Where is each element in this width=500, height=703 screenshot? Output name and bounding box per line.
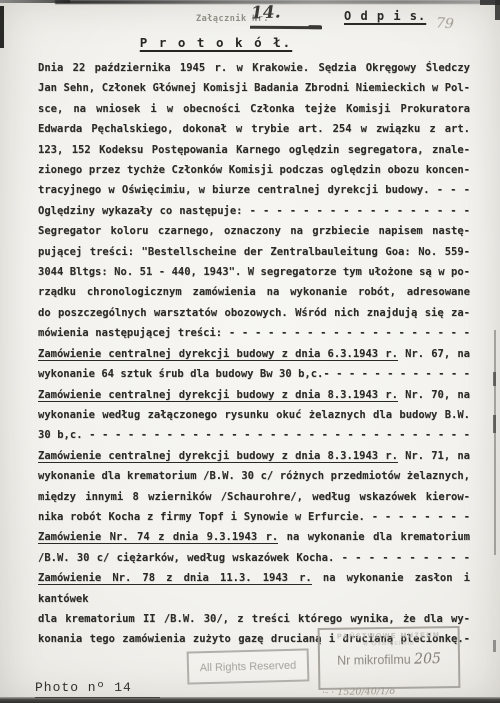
- text: pującej treści: "Bestellscheine der Zent…: [38, 246, 470, 258]
- document-line: Zamówienie centralnej dyrekcji budowy z …: [38, 385, 470, 405]
- document-title: P r o t o k ó ł.: [110, 35, 322, 50]
- text: do poszczególnych warsztatów obozowych. …: [38, 307, 470, 319]
- document-line: rządku chronologicznym zamówienia na wyk…: [38, 282, 470, 302]
- microfilm-label: Nr mikrofilmu: [337, 652, 411, 668]
- microfilm-row: Nr mikrofilmu 205: [320, 651, 458, 670]
- text: Jan Sehn, Członek Głównej Komisji Badani…: [38, 82, 470, 94]
- document-line: Edwarda Pęchalskiego, dokonał w trybie a…: [38, 119, 470, 139]
- text: wykonanie według załączonego rysunku oku…: [38, 409, 470, 421]
- text: Nr. 70, na: [398, 389, 470, 401]
- document-line: mówienia następującej treści: - - - - - …: [38, 323, 470, 343]
- text: 3044 Bltgs: No. 51 - 440, 1943". W segre…: [38, 266, 470, 278]
- document-line: 30 b,c. - - - - - - - - - - - - - - - - …: [38, 425, 470, 445]
- text: między innymi 8 wzierników /Schaurohre/,…: [38, 491, 470, 503]
- text: rządku chronologicznym zamówienia na wyk…: [38, 286, 470, 298]
- document-line: pującej treści: "Bestellscheine der Zent…: [38, 242, 470, 262]
- document-line: Zamówienie Nr. 78 z dnia 11.3. 1943 r. n…: [38, 568, 470, 609]
- document-line: wykonanie według załączonego rysunku oku…: [38, 405, 470, 425]
- text: wykonanie 64 sztuk śrub dla budowy Bw 30…: [38, 368, 470, 380]
- rights-reserved-stamp: All Rights Reserved: [187, 648, 310, 684]
- text: Nr. 71, na: [398, 450, 470, 462]
- text: wykonanie dla krematorium /B.W. 30 c/ ró…: [38, 470, 470, 482]
- document-line: Dnia 22 października 1945 r. w Krakowie.…: [38, 58, 470, 78]
- text: nika robót Kocha z firmy Topf i Synowie …: [38, 511, 470, 523]
- document-scan: Załącznik Nr. 14. O d p i s. 79 P r o t …: [0, 0, 500, 703]
- text: zionego przez tychże Członków Komisji po…: [38, 164, 470, 176]
- underlined-text: Zamówienie Nr. 78 z dnia 11.3. 1943 r.: [38, 572, 312, 585]
- document-line: 123, 152 Kodeksu Postępowania Karnego og…: [38, 140, 470, 160]
- document-line: wykonanie dla krematorium /B.W. 30 c/ ró…: [38, 466, 470, 486]
- document-line: między innymi 8 wzierników /Schaurohre/,…: [38, 487, 470, 507]
- document-line: tracyjnego w Oświęcimiu, w biurze centra…: [38, 180, 470, 200]
- text: sce, na wniosek i w obecności Członka te…: [38, 103, 470, 115]
- attachment-number-handwritten: 14.: [251, 2, 281, 23]
- scan-artifact-right-edge: [494, 330, 496, 555]
- scan-artifact-right-tick: [493, 415, 496, 433]
- attachment-underline: [250, 26, 322, 29]
- document-line: Jan Sehn, Członek Głównej Komisji Badani…: [38, 78, 470, 98]
- document-line: nika robót Kocha z firmy Topf i Synowie …: [38, 507, 470, 527]
- document-line: sce, na wniosek i w obecności Członka te…: [38, 99, 470, 119]
- museum-stamp: PAŃSTWOWE MUZEUM w Oświęcimiu Nr mikrofi…: [318, 626, 461, 690]
- underlined-text: Zamówienie centralnej dyrekcji budowy z …: [38, 389, 398, 402]
- document-line: Segregator koloru czarnego, oznaczony na…: [38, 221, 470, 241]
- underlined-text: Zamówienie Nr. 74 z dnia 9.3.1943 r.: [38, 531, 278, 544]
- copy-heading: O d p i s.: [344, 9, 426, 23]
- text: na wykonanie dla krematorium: [278, 531, 470, 543]
- underlined-text: Zamówienie centralnej dyrekcji budowy z …: [38, 450, 398, 463]
- scan-artifact-top-left: [0, 0, 70, 3]
- photo-caption: Photo nº 14: [35, 680, 160, 698]
- document-line: Oględziny wykazały co następuje: - - - -…: [38, 201, 470, 221]
- document-line: Zamówienie centralnej dyrekcji budowy z …: [38, 446, 470, 466]
- scan-artifact-top-right-corner: [480, 0, 500, 5]
- text: Edwarda Pęchalskiego, dokonał w trybie a…: [38, 123, 470, 135]
- scan-artifact-right-tick: [493, 640, 496, 652]
- document-line: /B.W. 30 c/ ciężarków, według wskazówek …: [38, 548, 470, 568]
- microfilm-number-handwritten: 205: [414, 651, 441, 668]
- document-body: Dnia 22 października 1945 r. w Krakowie.…: [38, 58, 470, 650]
- underlined-text: Zamówienie centralnej dyrekcji budowy z …: [38, 348, 398, 361]
- scan-artifact-left-edge: [0, 6, 4, 48]
- text: 30 b,c. - - - - - - - - - - - - - - - - …: [38, 429, 470, 441]
- text: Segregator koloru czarnego, oznaczony na…: [38, 225, 470, 237]
- rights-reserved-stamp-text: All Rights Reserved: [200, 659, 297, 674]
- scan-artifact-right-tick: [493, 372, 496, 386]
- text: dla krematorium II /B.W. 30/, z treści k…: [38, 613, 470, 625]
- text: 123, 152 Kodeksu Postępowania Karnego og…: [38, 144, 470, 156]
- document-line: do poszczególnych warsztatów obozowych. …: [38, 303, 470, 323]
- text: Dnia 22 października 1945 r. w Krakowie.…: [38, 62, 470, 74]
- document-line: 3044 Bltgs: No. 51 - 440, 1943". W segre…: [38, 262, 470, 282]
- page-number-handwritten: 79: [435, 15, 454, 32]
- document-line: wykonanie 64 sztuk śrub dla budowy Bw 30…: [38, 364, 470, 384]
- document-line: Zamówienie Nr. 74 z dnia 9.3.1943 r. na …: [38, 527, 470, 547]
- text: Nr. 67, na: [398, 348, 470, 360]
- text: mówienia następującej treści: - - - - - …: [38, 327, 470, 339]
- text: Oględziny wykazały co następuje: - - - -…: [38, 205, 470, 217]
- document-line: Zamówienie centralnej dyrekcji budowy z …: [38, 344, 470, 364]
- document-line: zionego przez tychże Członków Komisji po…: [38, 160, 470, 180]
- text: /B.W. 30 c/ ciężarków, według wskazówek …: [38, 552, 470, 564]
- text: tracyjnego w Oświęcimiu, w biurze centra…: [38, 184, 470, 196]
